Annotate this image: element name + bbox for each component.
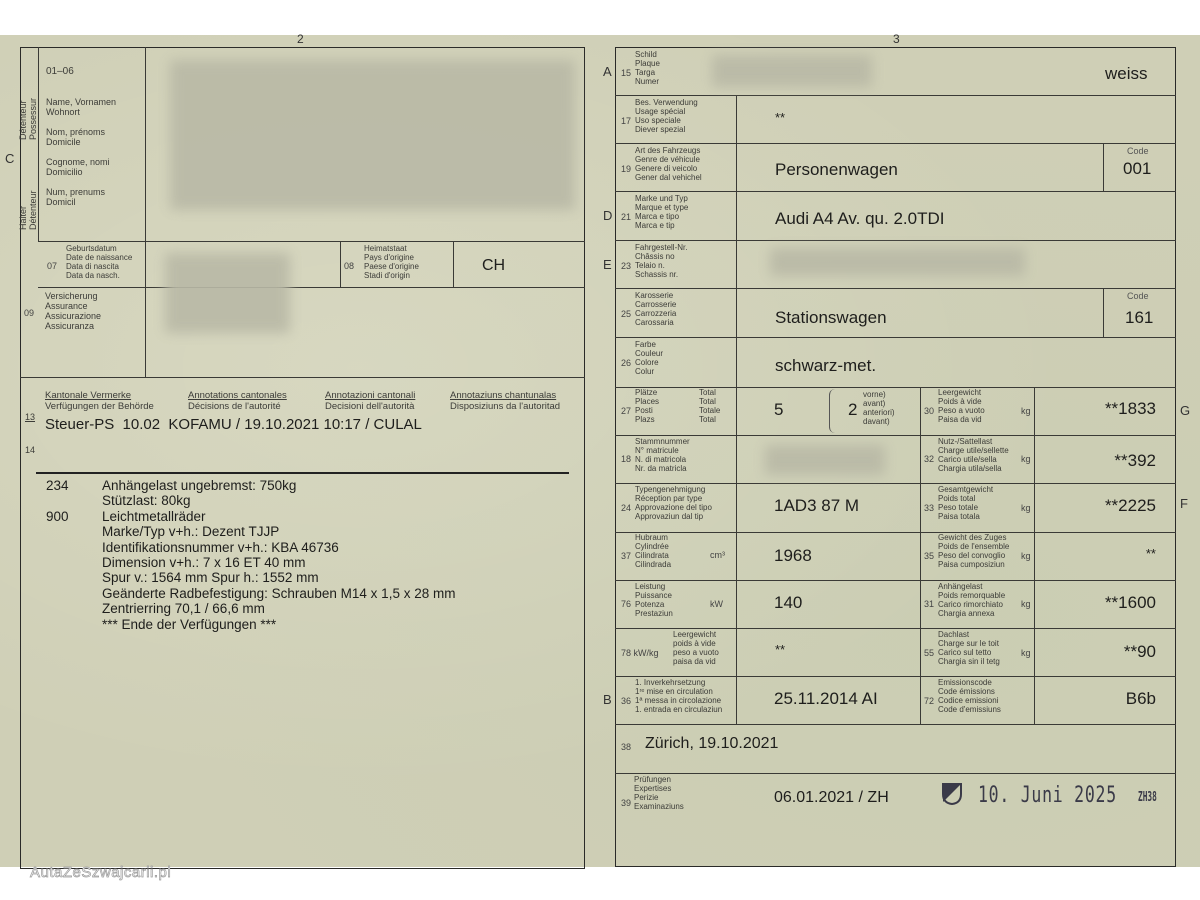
- field-27-totals: Total Total Totale Total: [699, 388, 720, 424]
- note-row: Zentrierring 70,1 / 66,6 mm: [46, 601, 455, 616]
- field-32-labels: Nutz-/Sattellast Charge utile/sellette C…: [938, 437, 1009, 473]
- field-23-labels: Fahrgestell-Nr. Châssis no Telaio n. Sch…: [635, 243, 687, 279]
- annotations-rm: Annotaziuns chantunalas Disposiziuns da …: [450, 390, 560, 412]
- field-31-labels: Anhängelast Poids remorquable Carico rim…: [938, 582, 1005, 618]
- field-01-06-labels: Name, Vornamen Wohnort Nom, prénoms Domi…: [46, 97, 116, 207]
- annotations-de: Kantonale Vermerke Verfügungen der Behör…: [45, 390, 154, 412]
- divider: [615, 288, 1176, 289]
- field-32-number: 32: [924, 454, 934, 464]
- divider: [38, 241, 585, 242]
- divider: [38, 287, 585, 288]
- vehicle-registration-document: 2 C Halter Détenteur Détenteur Possessur…: [0, 35, 1200, 867]
- field-07-labels: Geburtsdatum Date de naissance Data di n…: [66, 244, 132, 280]
- field-76-number: 76: [621, 599, 631, 609]
- divider: [615, 773, 1176, 774]
- field-55-unit: kg: [1021, 648, 1031, 658]
- field-35-unit: kg: [1021, 551, 1031, 561]
- plate-number-redacted: [712, 55, 872, 87]
- annotations-de-14: Verfügungen der Behörde: [45, 401, 154, 412]
- field-31-unit: kg: [1021, 599, 1031, 609]
- field-19-code-header: Code: [1127, 146, 1149, 156]
- note-row: Marke/Typ v+h.: Dezent TJJP: [46, 524, 455, 539]
- field-18-number: 18: [621, 454, 631, 464]
- watermark: AutaZeSzwajcarii.pl: [30, 864, 171, 881]
- divider: [615, 95, 1176, 96]
- field-25-labels: Karosserie Carrosserie Carrozzeria Caros…: [635, 291, 676, 327]
- inspection-stamp-code: ZH38: [1138, 790, 1157, 805]
- field-35-value: **: [1146, 546, 1156, 561]
- field-13-14-numbers: 13 14: [25, 390, 35, 478]
- divider: [1034, 387, 1035, 724]
- field-39-labels: Prüfungen Expertises Perizie Examinaziun…: [634, 775, 684, 811]
- field-76-value: 140: [774, 593, 802, 613]
- field-25-code-header: Code: [1127, 291, 1149, 301]
- note-row: *** Ende der Verfügungen ***: [46, 617, 455, 632]
- field-76-labels: Leistung Puissance Potenza Prestaziun: [635, 582, 673, 618]
- field-78-value: **: [775, 642, 785, 657]
- field-08-value: CH: [482, 257, 505, 275]
- field-35-number: 35: [924, 551, 934, 561]
- field-26-value: schwarz-met.: [775, 356, 876, 376]
- notes-list: 234Anhängelast ungebremst: 750kg Stützla…: [46, 478, 455, 632]
- field-36-value: 25.11.2014 AI: [774, 689, 878, 709]
- field-01-06-number: 01–06: [46, 67, 74, 77]
- field-30-labels: Leergewicht Poids à vide Peso a vuoto Pa…: [938, 388, 985, 424]
- holder-name-redacted: [170, 60, 575, 210]
- field-39-number: 39: [621, 798, 631, 808]
- divider: [453, 241, 454, 287]
- divider: [615, 724, 1176, 725]
- divider: [615, 435, 1176, 436]
- field-27-number: 27: [621, 406, 631, 416]
- field-08-number: 08: [344, 261, 354, 271]
- field-25-value: Stationswagen: [775, 308, 887, 328]
- field-39-value: 06.01.2021 / ZH: [774, 789, 889, 807]
- matriculation-number-redacted: [765, 445, 885, 475]
- field-78-labels: Leergewicht poids à vide peso a vuoto pa…: [673, 630, 719, 666]
- annotations-de-13: Kantonale Vermerke: [45, 390, 154, 401]
- page-number-right: 3: [893, 32, 900, 46]
- annotations-fr: Annotations cantonales Décisions de l'au…: [188, 390, 287, 412]
- divider: [736, 95, 737, 724]
- field-19-code: 001: [1123, 159, 1151, 179]
- note-row: Stützlast: 80kg: [46, 493, 455, 508]
- field-21-number: 21: [621, 212, 631, 222]
- field-72-labels: Emissionscode Code émissions Codice emis…: [938, 678, 1001, 714]
- divider: [615, 628, 1176, 629]
- annotations-it-14: Decisioni dell'autorità: [325, 401, 415, 412]
- field-37-number: 37: [621, 551, 631, 561]
- field-76-unit: kW: [710, 599, 723, 609]
- divider: [615, 191, 1176, 192]
- inspection-stamp-date: 10. Juni 2025: [978, 783, 1117, 808]
- field-25-code: 161: [1125, 308, 1153, 328]
- field-07-number: 07: [47, 261, 57, 271]
- divider: [20, 377, 585, 378]
- field-33-labels: Gesamtgewicht Poids total Peso totale Pa…: [938, 485, 993, 521]
- chassis-number-redacted: [770, 248, 1025, 276]
- field-27-front-value: 2: [848, 400, 857, 420]
- divider: [615, 337, 1176, 338]
- field-27-labels: Plätze Places Posti Plazs: [635, 388, 659, 424]
- divider: [340, 241, 341, 287]
- field-55-labels: Dachlast Charge sur le toit Carico sul t…: [938, 630, 1000, 666]
- field-37-labels: Hubraum Cylindrée Cilindrata Cilindrada: [635, 533, 671, 569]
- field-36-number: 36: [621, 696, 631, 706]
- field-30-value: **1833: [1105, 399, 1156, 419]
- field-30-unit: kg: [1021, 406, 1031, 416]
- divider: [615, 483, 1176, 484]
- annotations-fr-13: Annotations cantonales: [188, 390, 287, 401]
- field-09-labels: Versicherung Assurance Assicurazione Ass…: [45, 291, 101, 331]
- field-31-number: 31: [924, 599, 934, 609]
- note-row: 234Anhängelast ungebremst: 750kg: [46, 478, 455, 493]
- field-33-value: **2225: [1105, 496, 1156, 516]
- field-31-value: **1600: [1105, 593, 1156, 613]
- field-36-labels: 1. Inverkehrsetzung 1ʳᵉ mise en circulat…: [635, 678, 722, 714]
- field-08-labels: Heimatstaat Pays d'origine Paese d'origi…: [364, 244, 419, 280]
- brace: [829, 389, 836, 433]
- field-37-value: 1968: [774, 546, 812, 566]
- field-72-number: 72: [924, 696, 934, 706]
- field-15-labels: Schild Plaque Targa Numer: [635, 50, 660, 86]
- field-24-labels: Typengenehmigung Réception par type Appr…: [635, 485, 712, 521]
- field-21-value: Audi A4 Av. qu. 2.0TDI: [775, 209, 944, 229]
- field-14-number: 14: [25, 445, 35, 456]
- field-72-value: B6b: [1126, 689, 1156, 709]
- field-15-number: 15: [621, 68, 631, 78]
- divider: [615, 580, 1176, 581]
- field-33-unit: kg: [1021, 503, 1031, 513]
- marker-a: A: [603, 64, 612, 79]
- divider: [1103, 288, 1104, 337]
- note-row: Identifikationsnummer v+h.: KBA 46736: [46, 540, 455, 555]
- field-21-labels: Marke und Typ Marque et type Marca e tip…: [635, 194, 688, 230]
- field-19-labels: Art des Fahrzeugs Genre de véhicule Gene…: [635, 146, 702, 182]
- annotations-rm-13: Annotaziuns chantunalas: [450, 390, 560, 401]
- annotations-it: Annotazioni cantonali Decisioni dell'aut…: [325, 390, 415, 412]
- marker-g: G: [1180, 403, 1190, 418]
- divider: [38, 47, 39, 242]
- birthdate-redacted: [165, 253, 290, 333]
- field-55-number: 55: [924, 648, 934, 658]
- marker-e: E: [603, 257, 612, 272]
- annotations-it-13: Annotazioni cantonali: [325, 390, 415, 401]
- field-25-number: 25: [621, 309, 631, 319]
- field-30-number: 30: [924, 406, 934, 416]
- divider: [1103, 143, 1104, 191]
- divider: [615, 143, 1176, 144]
- marker-f: F: [1180, 496, 1188, 511]
- field-32-value: **392: [1114, 451, 1156, 471]
- divider: [920, 387, 921, 724]
- page-number-left: 2: [297, 32, 304, 46]
- note-row: Dimension v+h.: 7 x 16 ET 40 mm: [46, 555, 455, 570]
- divider: [615, 240, 1176, 241]
- divider: [615, 676, 1176, 677]
- note-row: Spur v.: 1564 mm Spur h.: 1552 mm: [46, 570, 455, 585]
- field-24-number: 24: [621, 503, 631, 513]
- field-24-value: 1AD3 87 M: [774, 496, 859, 516]
- holder-vertical-label-halter: Halter Détenteur: [18, 190, 38, 230]
- field-09-number: 09: [24, 308, 34, 318]
- field-17-labels: Bes. Verwendung Usage spécial Uso specia…: [635, 98, 698, 134]
- zurich-coat-of-arms-stamp-icon: [942, 783, 962, 805]
- field-38-number: 38: [621, 742, 631, 752]
- field-27-front-labels: vorne) avant) anteriori) davant): [863, 390, 895, 426]
- field-19-number: 19: [621, 164, 631, 174]
- field-35-labels: Gewicht des Zuges Poids de l'ensemble Pe…: [938, 533, 1009, 569]
- annotations-fr-14: Décisions de l'autorité: [188, 401, 287, 412]
- field-26-labels: Farbe Couleur Colore Colur: [635, 340, 663, 376]
- field-17-value: **: [775, 110, 785, 125]
- field-55-value: **90: [1124, 642, 1156, 662]
- note-row: 900Leichtmetallräder: [46, 509, 455, 524]
- marker-c: C: [5, 151, 14, 166]
- field-19-value: Personenwagen: [775, 160, 898, 180]
- note-row: Geänderte Radbefestigung: Schrauben M14 …: [46, 586, 455, 601]
- field-18-labels: Stammnummer N° matricule N. di matricola…: [635, 437, 690, 473]
- annotations-value: Steuer-PS 10.02 KOFAMU / 19.10.2021 10:1…: [45, 416, 422, 433]
- field-38-value: Zürich, 19.10.2021: [645, 735, 778, 753]
- divider: [615, 532, 1176, 533]
- annotations-rm-14: Disposiziuns da l'autoritad: [450, 401, 560, 412]
- field-27-value: 5: [774, 400, 783, 420]
- marker-d: D: [603, 208, 612, 223]
- field-13-number: 13: [25, 412, 35, 423]
- marker-b: B: [603, 692, 612, 707]
- field-26-number: 26: [621, 358, 631, 368]
- notes-separator: [36, 472, 569, 474]
- field-33-number: 33: [924, 503, 934, 513]
- field-15-plate-color: weiss: [1105, 64, 1148, 84]
- field-37-unit: cm³: [710, 550, 725, 560]
- field-23-number: 23: [621, 261, 631, 271]
- divider: [145, 47, 146, 377]
- field-78-number: 78 kW/kg: [621, 648, 659, 658]
- field-17-number: 17: [621, 116, 631, 126]
- field-32-unit: kg: [1021, 454, 1031, 464]
- holder-vertical-label-detenteur: Détenteur Possessur: [18, 98, 38, 140]
